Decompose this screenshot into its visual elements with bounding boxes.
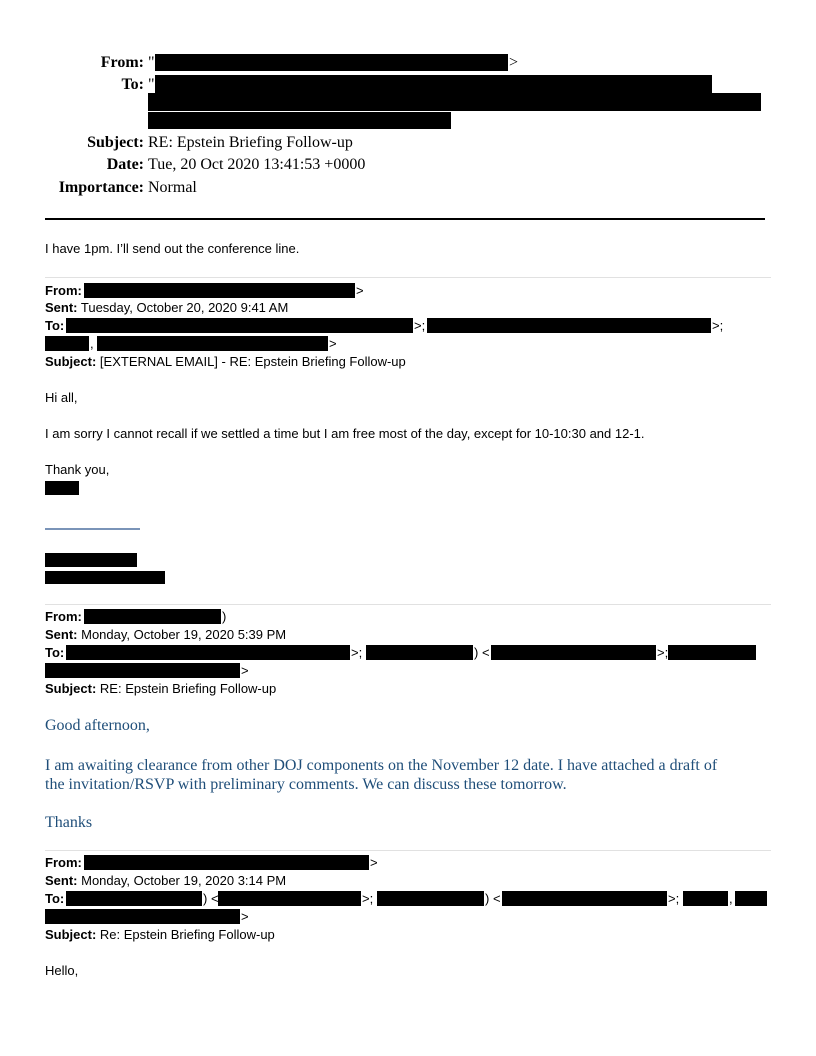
redaction-block [735,891,767,906]
message-separator [45,604,771,605]
redaction-block [97,336,328,351]
to-separator: , [729,890,733,908]
importance-label: Importance: [59,178,144,198]
from-suffix: > [509,53,518,73]
to-end: > [241,908,249,926]
sent-label: Sent: [45,627,78,642]
redaction-block [84,609,221,624]
to-label: To: [45,645,64,660]
subject-value: RE: Epstein Briefing Follow-up [100,681,276,696]
signature-redaction [45,571,165,584]
to-separator: >; [351,644,362,662]
sent-value: Monday, October 19, 2020 5:39 PM [81,627,286,642]
from-label: From: [45,283,82,298]
to-separator: >; [712,317,723,335]
to-separator: >; [657,644,668,662]
subject-value: [EXTERNAL EMAIL] - RE: Epstein Briefing … [100,354,406,369]
redaction-block [683,891,728,906]
sent-value: Tuesday, October 20, 2020 9:41 AM [81,300,288,315]
signature-divider [45,528,140,530]
from-suffix: > [356,282,364,300]
sent-label: Sent: [45,873,78,888]
to-prefix: " [148,75,155,95]
header-divider [45,218,765,220]
subject-label: Subject: [87,133,144,153]
body-text-line-2: the invitation/RSVP with preliminary com… [45,775,567,794]
to-separator: >; [668,890,679,908]
closing: Thank you, [45,461,109,479]
greeting: Hello, [45,962,78,980]
redaction-block [491,645,656,660]
to-separator: >; [414,317,425,335]
message-separator [45,850,771,851]
redaction-block [66,891,202,906]
sent-label: Sent: [45,300,78,315]
sent-value: Monday, October 19, 2020 3:14 PM [81,873,286,888]
subject-value: RE: Epstein Briefing Follow-up [148,133,353,153]
greeting: Hi all, [45,389,78,407]
to-separator: ) < [203,890,219,908]
subject-value: Re: Epstein Briefing Follow-up [100,927,275,942]
date-label: Date: [107,155,144,175]
subject-label: Subject: [45,354,96,369]
redaction-block [84,283,355,298]
to-end: > [241,662,249,680]
redaction-block [155,75,712,93]
redaction-block [366,645,473,660]
importance-value: Normal [148,178,197,198]
to-separator: >; [362,890,373,908]
to-separator: ) < [485,890,501,908]
from-prefix: " [148,53,155,73]
redaction-block [45,336,89,351]
redaction-block [45,663,240,678]
body-text-line-1: I am awaiting clearance from other DOJ c… [45,756,717,775]
redaction-block [377,891,484,906]
redaction-block [45,909,240,924]
to-separator: , [90,335,94,353]
signature-redaction [45,481,79,495]
message-separator [45,277,771,278]
redaction-block [427,318,711,333]
from-suffix: ) [222,608,226,626]
closing: Thanks [45,813,92,832]
to-label: To: [121,75,144,95]
body-text: I am sorry I cannot recall if we settled… [45,425,645,443]
redaction-block [66,645,350,660]
reply-body: I have 1pm. I’ll send out the conference… [45,240,299,258]
to-label: To: [45,891,64,906]
redaction-block [668,645,756,660]
redaction-block [502,891,667,906]
subject-label: Subject: [45,681,96,696]
greeting: Good afternoon, [45,716,150,735]
from-label: From: [45,609,82,624]
redaction-block [148,112,451,129]
to-separator: ) < [474,644,490,662]
redaction-block [148,93,761,111]
date-value: Tue, 20 Oct 2020 13:41:53 +0000 [148,155,365,175]
from-label: From: [101,53,144,73]
subject-label: Subject: [45,927,96,942]
redaction-block [84,855,369,870]
to-label: To: [45,318,64,333]
signature-redaction [45,553,137,567]
redaction-block [218,891,361,906]
redaction-block [66,318,413,333]
redaction-block [155,54,508,71]
from-label: From: [45,855,82,870]
to-end: > [329,335,337,353]
from-suffix: > [370,854,378,872]
